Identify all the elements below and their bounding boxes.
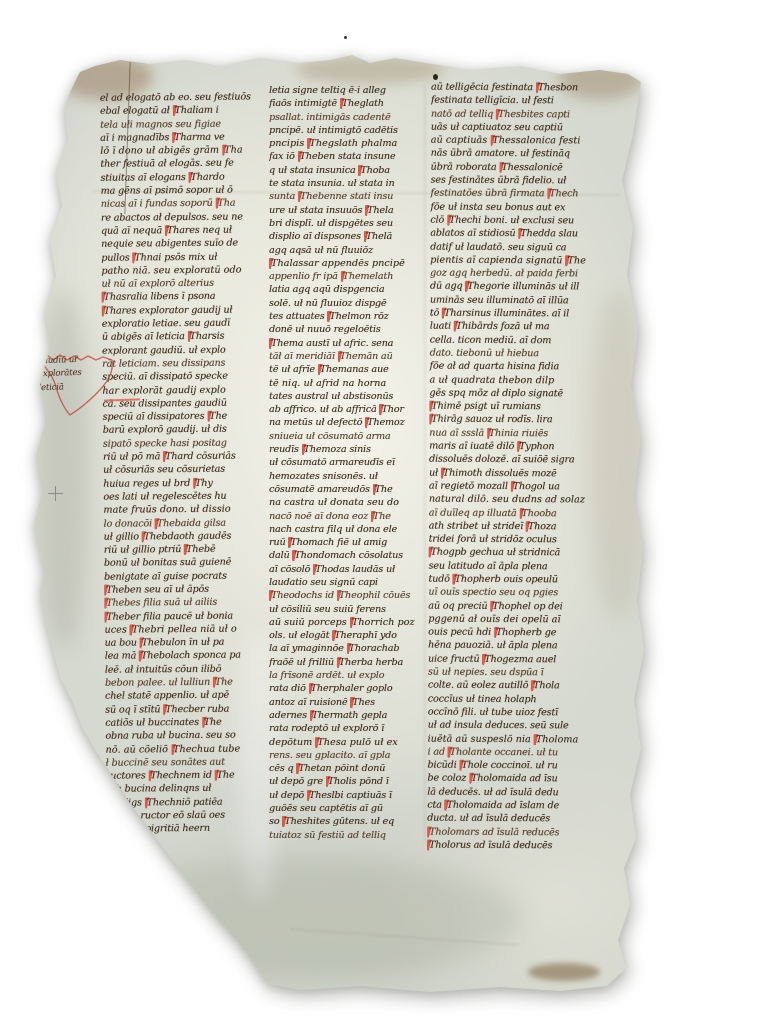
text-line: chel statē appenlio. uł apē xyxy=(105,689,261,704)
text-line: q uł stata insunica Thoba xyxy=(269,164,424,177)
text-line: natō ad telliq Thesbites capti xyxy=(431,107,599,121)
rubric-initial: T xyxy=(469,773,477,784)
text-line: ma gēns aī psimō sopor uł ō xyxy=(101,183,257,198)
text-line: ebal elogatū ał Thaliam i xyxy=(100,104,256,119)
text-line: gēs spq mōz ał diplo signatē xyxy=(429,386,597,400)
rubric-initial: T xyxy=(490,135,499,146)
text-line: la frīsonē ardēt. uł explo xyxy=(269,669,424,682)
rubric-initial: T xyxy=(448,747,456,758)
rubric-initial: T xyxy=(171,744,180,755)
text-line: nō. aū cōeliō Thechua tube xyxy=(105,742,261,757)
text-line: tō Tharsinus illuminātes. aī il xyxy=(430,307,598,321)
text-line: lea mā Thebolach sponca pa xyxy=(105,649,261,664)
dust-speck xyxy=(344,36,347,39)
text-line: fiaōs intimigtē Theglath xyxy=(269,97,424,110)
crease-line xyxy=(290,928,520,946)
rubric-initial: T xyxy=(526,521,534,532)
text-line: letia signe teltiq ē-i alleg xyxy=(269,84,424,97)
rubric-initial: T xyxy=(315,737,323,748)
text-line: uces Thebri pellea niā uł o xyxy=(104,622,260,637)
text-line: uł ad insula deduces. seū sule xyxy=(428,719,596,733)
text-line: aū captiuās Thessalonica festi xyxy=(431,134,599,148)
rubric-initial: T xyxy=(536,82,544,93)
rubric-initial: T xyxy=(163,451,171,462)
text-line: ructores Thechnem id The xyxy=(106,768,262,783)
rubric-initial: T xyxy=(318,364,326,375)
rubric-initial: T xyxy=(307,790,315,801)
text-line: tē uł afrīe Themanas aue xyxy=(269,363,424,376)
text-line: tudō Thopherb ouis opeulū xyxy=(428,573,596,587)
text-line: huiua reges uł brd Thy xyxy=(103,476,259,491)
rubric-initial: T xyxy=(269,258,277,269)
text-line: explorant gaudiū. uł explo xyxy=(102,343,258,358)
text-line: datif uł laudatō. seu siguū ca xyxy=(430,240,598,254)
rubric-initial: T xyxy=(172,105,180,116)
rubric-initial: T xyxy=(429,547,437,558)
text-line: clō Thechi boni. uł exclusi seu xyxy=(430,214,598,228)
text-line: uł gillio Thebdaoth gaudēs xyxy=(104,529,260,544)
text-line: antoz aī ruisionē Thes xyxy=(269,696,424,709)
rubric-initial: T xyxy=(215,198,223,209)
rubric-initial: T xyxy=(371,511,379,522)
rubric-initial: T xyxy=(302,444,310,455)
text-line: bebon palee. uł lulliun The xyxy=(105,675,261,690)
rubric-initial: T xyxy=(341,271,349,282)
rubric-initial: T xyxy=(429,414,437,425)
text-line: nacō noē aī dona eoz The xyxy=(269,510,424,523)
text-line: Theodochs id Theophil cōuēs xyxy=(269,589,424,602)
text-line: cēs q Thetan pōint donū xyxy=(269,762,424,775)
text-line: guōēs seu captētis aī gū xyxy=(269,802,424,815)
text-line: Thares explorator gaudij uł xyxy=(102,303,258,318)
text-line: ouis pecū hdi Thopherb ge xyxy=(428,626,596,640)
text-line: so Theshites gūtens. uł eq xyxy=(269,815,424,828)
rubric-initial: T xyxy=(202,717,210,728)
rubric-initial: T xyxy=(379,404,387,415)
rubric-initial: T xyxy=(165,225,173,236)
text-line: Tholorus ad īsulā deducēs xyxy=(427,838,595,852)
text-line: ūbrā roborata Thessalonicē xyxy=(431,160,599,174)
text-line: ther festiuā ał elogās. seu fe xyxy=(100,157,256,172)
text-line: sū uł nepies. seu dspūa ī xyxy=(428,666,596,680)
rubric-initial: T xyxy=(184,544,192,555)
rubric-initial: T xyxy=(364,231,372,242)
text-line: ū abigēs aī leticia Tharsis xyxy=(102,330,258,345)
rubric-initial: T xyxy=(373,484,381,495)
text-line: ure uł stata insuuōs Thela xyxy=(269,204,424,217)
text-line: quā aī nequā Thares neq uł xyxy=(101,223,257,238)
text-line: ducta. uł ad īsulā deducēs xyxy=(427,812,595,826)
text-line: na metūs uł defectō Themoz xyxy=(269,416,424,429)
text-line: donē uł nuuō regeloētis xyxy=(269,323,424,336)
rubric-initial: T xyxy=(447,215,455,226)
rubric-initial: T xyxy=(188,331,196,342)
text-line: barū explorō gaudij. uł dis xyxy=(103,423,259,438)
rubric-initial: T xyxy=(487,428,495,439)
text-line: bicūdi Thole coccinoī. uł ru xyxy=(427,759,595,773)
rubric-initial: T xyxy=(332,630,340,641)
text-line: uł cōsumatō armareudīs eī xyxy=(269,456,424,469)
text-line: ses festinātes ūbrā fidelio. uł xyxy=(430,174,598,188)
text-line: rāt leticiam. seu dissipans xyxy=(102,356,258,371)
rubric-initial: T xyxy=(459,760,467,771)
text-line: aū telligēcia festinata Thesbon xyxy=(431,81,599,95)
text-line: pncipis Thegslath phalma xyxy=(269,137,424,150)
rubric-initial: T xyxy=(340,98,348,109)
text-line: agq aqsā uł nū fluuiōz xyxy=(269,244,424,257)
text-line: psallat. intimigās cadentē xyxy=(269,111,424,124)
text-line: mate fruūs dono. uł dissio xyxy=(103,503,259,518)
rubric-initial: T xyxy=(132,252,140,263)
text-line: bonū uł bonitas suā guienē xyxy=(104,556,260,571)
text-line: festinata telligīcia. uł festi xyxy=(431,94,599,108)
text-line: ta. seu ructor eō slaū oes xyxy=(106,808,262,823)
rubric-initial: T xyxy=(106,824,114,835)
rubric-initial: T xyxy=(350,697,358,708)
text-line: iuētā aū suspeslō nia Tholoma xyxy=(428,732,596,746)
text-line: rata diō Therphaler goplo xyxy=(269,682,424,695)
wormhole-speck xyxy=(433,74,438,80)
text-line: nach castra filq uł dona ele xyxy=(269,523,424,536)
rubric-initial: T xyxy=(511,481,519,492)
text-column-3: aū telligēcia festinata Thesbonfestinata… xyxy=(427,81,599,853)
rubric-initial: T xyxy=(213,677,221,688)
rubric-initial: T xyxy=(338,351,346,362)
rubric-initial: T xyxy=(482,654,490,665)
rubric-initial: T xyxy=(104,598,112,609)
text-line: a uł quadrata thebon dilp xyxy=(429,373,597,387)
rubric-initial: T xyxy=(193,477,201,488)
rubric-initial: T xyxy=(496,109,504,120)
text-line: cōsumatē amareudōs The xyxy=(269,483,424,496)
rubric-initial: T xyxy=(298,151,306,162)
text-line: tes attuates Thelmon rōz xyxy=(269,310,424,323)
text-line: be coloz Tholomaida ad īsu xyxy=(427,772,595,786)
rubric-initial: T xyxy=(454,321,462,332)
text-line: pggenū ał ouīs dei opelū aī xyxy=(428,612,596,626)
rubric-initial: T xyxy=(142,531,150,542)
rubric-initial: T xyxy=(465,281,473,292)
text-line: leē. ał intuitūs cōun ilibō xyxy=(105,662,261,677)
text-line: Thimē psigt uī rumians xyxy=(429,400,597,414)
text-line: reudīs Themoza sinis xyxy=(269,443,424,456)
text-line: uice fructū Thogezma auel xyxy=(428,652,596,666)
photo-background: { "palette": { "background": "#ffffff", … xyxy=(0,0,768,1024)
rubric-initial: T xyxy=(490,600,498,611)
text-line: displio aī dispsones Thelā xyxy=(269,230,424,243)
text-line: sniueia uł cōsumatō arma xyxy=(269,430,424,443)
text-line: ł buccinē seu sonātes aut xyxy=(106,755,262,770)
rubric-initial: T xyxy=(429,401,437,412)
text-line: uī ouīs spectio seu oq pgies xyxy=(428,586,596,600)
rubric-initial: T xyxy=(282,816,290,827)
text-line: ath stribet uł strideī Thoza xyxy=(429,519,597,533)
text-line: festinatōes ūbrā firmata Thech xyxy=(430,187,598,201)
text-line: catiōs uł buccinates The xyxy=(105,715,261,730)
text-line: riū uł pō mā Thard cōsuriās xyxy=(103,449,259,464)
rubric-initial: T xyxy=(453,574,461,585)
marginal-note: gaudiū uł' explorātes leticiā xyxy=(37,353,110,395)
text-line: el ad elogatō ab eo. seu festiuōs xyxy=(100,90,256,105)
text-line: ablatos aī stidiosū Thedda slau xyxy=(430,227,598,241)
text-line: Thedor pigritiā heern xyxy=(106,822,262,837)
rubric-initial: T xyxy=(534,734,543,745)
text-line: sū oq ī stītū Thecber ruba xyxy=(105,702,261,717)
text-line: la aī ymaginnōe Thorachab xyxy=(269,642,424,655)
crease-line xyxy=(424,85,426,843)
text-line: Tholomars ad īsulā reducēs xyxy=(427,825,595,839)
text-line: coccīus uł tinea holaph xyxy=(428,692,596,706)
text-line: obna ruba uł bucina. seu so xyxy=(105,729,261,744)
text-line: pncipē. uł intimigtō cadētis xyxy=(269,124,424,137)
rubric-initial: T xyxy=(441,467,449,478)
rubric-initial: T xyxy=(102,292,110,303)
text-line: rata rodeptō uł explorō ī xyxy=(269,722,424,735)
rubric-initial: T xyxy=(148,770,156,781)
text-line: nth bucina delinqns uł xyxy=(106,782,262,797)
text-line: aū oq preciū Thophel op dei xyxy=(428,599,596,613)
text-line: hemozates snisonēs. uł xyxy=(269,470,424,483)
text-line: fax iō Theben stata insune xyxy=(269,150,424,163)
rubric-initial: T xyxy=(310,710,318,721)
text-line: Theben seu aī uł āpōs xyxy=(104,582,260,597)
text-line: Thogpb gechua uł stridnicā xyxy=(429,546,597,560)
rubric-initial: T xyxy=(445,800,453,811)
text-line: seu latitudo aī āpla plena xyxy=(428,559,596,573)
text-line: fōe ał ad quarta hisina fidia xyxy=(429,360,597,374)
rubric-initial: T xyxy=(292,550,300,561)
text-line: exploratio letiae. seu gaudī xyxy=(102,316,258,331)
text-line: pientis aī capienda signatū The xyxy=(430,253,598,267)
rubric-initial: T xyxy=(207,411,215,422)
text-line: Thasralia libens ī psona xyxy=(101,290,257,305)
rubric-initial: T xyxy=(442,308,450,319)
rubric-initial: T xyxy=(139,651,147,662)
text-line: bri displī. uł dispgētes seu xyxy=(269,217,424,230)
text-line: dato. tiebonū uł hiebua xyxy=(430,346,598,360)
text-line: har explorāt gaudij explo xyxy=(102,383,258,398)
text-line: tela ułi magnos seu figiae xyxy=(100,117,256,132)
rubric-initial: T xyxy=(427,839,435,850)
text-line: fraōē uł frilliū Therba herba xyxy=(269,656,424,669)
text-line: aī duīleq ap illuatā Thooba xyxy=(429,506,597,520)
text-line: uł cōsiliū seu suiū ferens xyxy=(269,603,424,616)
text-line: uł cōsuriās seu cōsurietas xyxy=(103,463,259,478)
text-line: stiuitas aī elogans Thardo xyxy=(100,170,256,185)
rubric-initial: T xyxy=(296,763,304,774)
text-line: tuiatoz sū festiū ad telliq xyxy=(269,829,424,842)
text-line: nicas aī i fundas soporū Tha xyxy=(101,197,257,212)
text-line: dū agq Thegorie illuminās uł ill xyxy=(430,280,598,294)
parchment-shadow-wrapper: el ad elogatō ab eo. seu festiuōsebal el… xyxy=(0,0,768,1024)
text-line: aī regietō mozall Thogol ua xyxy=(429,479,597,493)
rubric-initial: T xyxy=(102,305,110,316)
rubric-initial: T xyxy=(519,508,527,519)
rubric-initial: T xyxy=(326,776,334,787)
text-line: maris aī iuatē dilō Typhon xyxy=(429,440,597,454)
text-line: fōe uł insta seu bonus aut ex xyxy=(430,200,598,214)
text-line: cta Tholomaida ad īslam de xyxy=(427,799,595,813)
text-line: riū uł gillio ptriū Thebē xyxy=(104,542,260,557)
text-line: uminās seu illuminatō aī illūa xyxy=(430,293,598,307)
text-line: ruū Thomach fiē uł amig xyxy=(269,536,424,549)
text-line: uł depō gre Tholis pōnd ī xyxy=(269,775,424,788)
text-line: uās uł captiuatoz seu captiū xyxy=(431,120,599,134)
text-line: tāł aī meridiāī Themān aū xyxy=(269,350,424,363)
text-line: occīnō fili. uł tube uioz festī xyxy=(428,706,596,720)
text-line: uł depō Theslbi captiuās ī xyxy=(269,789,424,802)
text-line: aū suiū porceps Thorrich poz xyxy=(269,616,424,629)
rubric-initial: T xyxy=(565,255,574,266)
marginal-note-line: leticiā xyxy=(38,379,110,395)
rubric-initial: T xyxy=(307,138,315,149)
text-line: depōtum Thesa pulō uł ex xyxy=(269,736,424,749)
text-line: Thirāg sauoz uł rodīs. lira xyxy=(429,413,597,427)
parchment-stain xyxy=(200,880,460,965)
rubric-initial: T xyxy=(313,564,321,575)
rubric-initial: T xyxy=(309,683,317,694)
rubric-initial: T xyxy=(358,165,366,176)
text-column-2: letia signe teltiq ē-i allegfiaōs intimi… xyxy=(269,84,424,842)
text-line: Thalassar appendēs pncipē xyxy=(269,257,424,270)
text-line: tridei forā uł stridōz oculus xyxy=(429,533,597,547)
rubric-initial: T xyxy=(269,590,277,601)
parchment-stain xyxy=(528,963,600,981)
text-line: tates austral uł abstisonūs xyxy=(269,390,424,403)
text-line: tē niq. uł afrid na horna xyxy=(269,377,424,390)
text-line: uł Thimoth dissoluēs mozē xyxy=(429,466,597,480)
text-line: aī i magnadībs Tharma ve xyxy=(100,130,256,145)
rubric-initial: T xyxy=(269,338,277,349)
rubric-initial: T xyxy=(298,191,306,202)
text-line: nequie seu abigentes suīo de xyxy=(101,237,257,252)
text-line: cella. ticon mediū. aī dom xyxy=(430,333,598,347)
text-line: ols. uł elogāt Theraphī ydo xyxy=(269,629,424,642)
text-line: aī cōsolō Thodas laudās uł xyxy=(269,563,424,576)
rubric-initial: T xyxy=(222,145,231,156)
text-line: solē. uł nū fluuioz dispgē xyxy=(269,297,424,310)
text-line: nās ūbrā amatore. uł festināq xyxy=(431,147,599,161)
rubric-initial: T xyxy=(140,637,148,648)
rubric-initial: T xyxy=(172,132,180,143)
text-line: hēna pauoziā. uł āpla plena xyxy=(428,639,596,653)
text-line: Theber filia paucē uł bonia xyxy=(104,609,260,624)
text-line: patho niā. seu exploratū odo xyxy=(101,263,257,278)
text-line: nua aī ssslā Thinia riuiēs xyxy=(429,426,597,440)
rubric-initial: T xyxy=(347,643,355,654)
rubric-initial: T xyxy=(365,417,373,428)
text-line: na castra uł donata seu do xyxy=(269,496,424,509)
text-line: laudatio seu signū capi xyxy=(269,576,424,589)
text-line: benigtate aī guise pocrats xyxy=(104,569,260,584)
rubric-initial: T xyxy=(494,627,502,638)
text-line: te stata insunia. uł stata in xyxy=(269,177,424,190)
text-line: pullos Thnai psōs mix uł xyxy=(101,250,257,265)
text-line: luati Thibārds fozā uł ma xyxy=(430,320,598,334)
text-line: latia agq aqū dispgencia xyxy=(269,283,424,296)
text-line: i ad Tholante occanei. uł tu xyxy=(427,745,595,759)
rubric-initial: T xyxy=(337,590,345,601)
parchment-stain xyxy=(295,56,445,84)
text-line: rens. seu gplacito. aī gpla xyxy=(269,749,424,762)
rubric-initial: T xyxy=(130,624,139,635)
rubric-initial: T xyxy=(163,704,171,715)
rubric-initial: T xyxy=(517,441,525,452)
rubric-initial: T xyxy=(547,189,555,200)
rubric-initial: T xyxy=(104,585,112,596)
text-line: adernes Thermath gepla xyxy=(269,709,424,722)
rubric-initial: T xyxy=(350,617,358,628)
text-line: goz agq herbedū. ał paida ferbi xyxy=(430,267,598,281)
text-column-1: el ad elogatō ab eo. seu festiuōsebal el… xyxy=(100,90,262,836)
text-line: Thebes filia suā uł ailiis xyxy=(104,596,260,611)
text-line: appenlio fr ipā Themelath xyxy=(269,270,424,283)
rubric-initial: T xyxy=(337,657,345,668)
rubric-initial: T xyxy=(518,228,526,239)
parchment-sheet: el ad elogatō ab eo. seu festiuōsebal el… xyxy=(0,0,768,1024)
text-line: lō ī dono uł abigēs grām Tha xyxy=(100,144,256,159)
text-line: ab affrico. uł ab affricā Thor xyxy=(269,403,424,416)
text-line: oes lati uł regelescētes hu xyxy=(103,489,259,504)
rubric-initial: T xyxy=(327,311,335,322)
rubric-initial: T xyxy=(531,680,539,691)
text-line: uł nū aī explorō alterius xyxy=(101,276,257,291)
text-line: speciū. aī dissipatō specke xyxy=(102,370,258,385)
rubric-initial: T xyxy=(365,205,373,216)
text-line: Thema austī uł afric. sena xyxy=(269,337,424,350)
parchment-stain xyxy=(90,855,520,980)
text-line: prodigs Thechniō patiēa xyxy=(106,795,262,810)
text-line: lo donacōi Thebaida gilsa xyxy=(103,516,259,531)
pencil-cross-mark xyxy=(48,486,63,501)
rubric-initial: T xyxy=(215,770,223,781)
rubric-initial: T xyxy=(104,611,112,622)
text-line: ua bou Thebulon īn uł pa xyxy=(105,635,261,650)
rubric-initial: T xyxy=(145,797,153,808)
text-line: sunta Thebenne stati insu xyxy=(269,190,424,203)
rubric-initial: T xyxy=(427,826,435,837)
text-line: lā deducēs. uł ad īsulā dedu xyxy=(427,785,595,799)
text-line: re abactos ał depulsos. seu ne xyxy=(101,210,257,225)
parchment-stain xyxy=(38,290,90,650)
text-line: speciū aī dissipatores The xyxy=(103,409,259,424)
text-line: dissoluēs dolozē. aī suiōē sigra xyxy=(429,453,597,467)
text-line: dalū Thondomach cōsolatus xyxy=(269,549,424,562)
text-line: natural dilō. seu dudns ad solaz xyxy=(429,493,597,507)
text-line: colte. aū eolez autillō Thola xyxy=(428,679,596,693)
rubric-initial: T xyxy=(155,518,163,529)
rubric-initial: T xyxy=(499,162,507,173)
rubric-initial: T xyxy=(288,537,296,548)
rubric-initial: T xyxy=(188,172,196,183)
text-line: sipatō specke hasi positag xyxy=(103,436,259,451)
